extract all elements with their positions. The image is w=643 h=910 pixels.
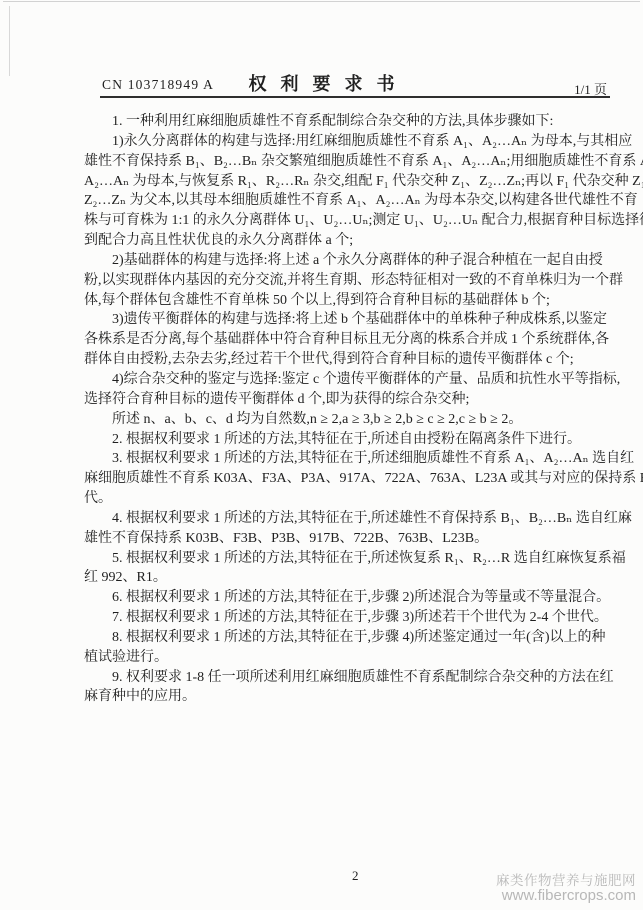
claims-line: 粉,以实现群体内基因的充分交流,并将生育期、形态特征相对一致的不育单株归为一个群	[84, 271, 614, 291]
claims-line: 3. 根据权利要求 1 所述的方法,其特征在于,所述细胞质雄性不育系 A₁、A₂…	[84, 449, 614, 469]
claims-line: 1)永久分离群体的构建与选择:用红麻细胞质雄性不育系 A₁、A₂…Aₙ 为母本,…	[84, 132, 614, 152]
claims-line: A₂…Aₙ 为母本,与恢复系 R₁、R₂…Rₙ 杂交,组配 F₁ 代杂交种 Z₁…	[84, 172, 614, 192]
watermark-site-name: 麻类作物营养与施肥网	[496, 874, 636, 888]
claims-line: 6. 根据权利要求 1 所述的方法,其特征在于,步骤 2)所述混合为等量或不等量…	[84, 588, 614, 608]
claims-line: 3)遗传平衡群体的构建与选择:将上述 b 个基础群体中的单株种子种成株系,以鉴定	[84, 310, 614, 330]
document-title: 权利要求书	[249, 70, 409, 96]
claims-line: 5. 根据权利要求 1 所述的方法,其特征在于,所述恢复系 R₁、R₂…R 选自…	[84, 549, 614, 569]
header-rule	[100, 96, 610, 98]
claims-line: 各株系是否分离,每个基础群体中符合育种目标且无分离的株系合并成 1 个系统群体,…	[84, 330, 614, 350]
claims-line: 株与可育株为 1:1 的永久分离群体 U₁、U₂…Uₙ;测定 U₁、U₂…Uₙ …	[84, 211, 614, 231]
claims-line: 2)基础群体的构建与选择:将上述 a 个永久分离群体的种子混合种植在一起自由授	[84, 251, 614, 271]
claims-line: 麻育种中的应用。	[84, 687, 614, 707]
patent-claims-page: CN 103718949 A 权利要求书 1/1 页 1. 一种利用红麻细胞质雄…	[0, 0, 643, 910]
claims-line: 8. 根据权利要求 1 所述的方法,其特征在于,步骤 4)所述鉴定通过一年(含)…	[84, 628, 614, 648]
claims-line: 所述 n、a、b、c、d 均为自然数,n ≥ 2,a ≥ 3,b ≥ 2,b ≥…	[84, 410, 614, 430]
claims-line: 雄性不育保持系 B₁、B₂…Bₙ 杂交繁殖细胞质雄性不育系 A₁、A₂…Aₙ;用…	[84, 152, 614, 172]
claims-line: 4)综合杂交种的鉴定与选择:鉴定 c 个遗传平衡群体的产量、品质和抗性水平等指标…	[84, 370, 614, 390]
claims-line: 红 992、R1。	[84, 568, 614, 588]
scan-artifact-left-line	[9, 6, 10, 76]
claims-line: 群体自由授粉,去杂去劣,经过若干个世代,得到符合育种目标的遗传平衡群体 c 个;	[84, 350, 614, 370]
claims-line: 7. 根据权利要求 1 所述的方法,其特征在于,步骤 3)所述若干个世代为 2-…	[84, 608, 614, 628]
claims-line: 雄性不育保持系 K03B、F3B、P3B、917B、722B、763B、L23B…	[84, 529, 614, 549]
site-watermark: 麻类作物营养与施肥网 www.fibercrops.com	[496, 874, 636, 904]
page-number: 2	[352, 868, 359, 884]
watermark-site-url: www.fibercrops.com	[496, 888, 636, 904]
claims-body: 1. 一种利用红麻细胞质雄性不育系配制综合杂交种的方法,具体步骤如下: 1)永久…	[84, 112, 614, 707]
claims-line: 2. 根据权利要求 1 所述的方法,其特征在于,所述自由授粉在隔离条件下进行。	[84, 430, 614, 450]
claims-line: 1. 一种利用红麻细胞质雄性不育系配制综合杂交种的方法,具体步骤如下:	[84, 112, 614, 132]
claims-line: 9. 权利要求 1-8 任一项所述利用红麻细胞质雄性不育系配制综合杂交种的方法在…	[84, 668, 614, 688]
claims-line: 体,每个群体包含雄性不育单株 50 个以上,得到符合育种目标的基础群体 b 个;	[84, 291, 614, 311]
scan-artifact-top-line	[3, 1, 640, 2]
claims-line: 代。	[84, 489, 614, 509]
claims-line: 到配合力高且性状优良的永久分离群体 a 个;	[84, 231, 614, 251]
claims-line: 选择符合育种目标的遗传平衡群体 d 个,即为获得的综合杂交种;	[84, 390, 614, 410]
claims-line: 4. 根据权利要求 1 所述的方法,其特征在于,所述雄性不育保持系 B₁、B₂……	[84, 509, 614, 529]
claims-line: 麻细胞质雄性不育系 K03A、F3A、P3A、917A、722A、763A、L2…	[84, 469, 614, 489]
claims-line: 植试验进行。	[84, 648, 614, 668]
patent-number: CN 103718949 A	[102, 77, 214, 93]
claims-line: Z₂…Zₙ 为父本,以其母本细胞质雄性不育系 A₁、A₂…Aₙ 为母本杂交,以构…	[84, 191, 614, 211]
